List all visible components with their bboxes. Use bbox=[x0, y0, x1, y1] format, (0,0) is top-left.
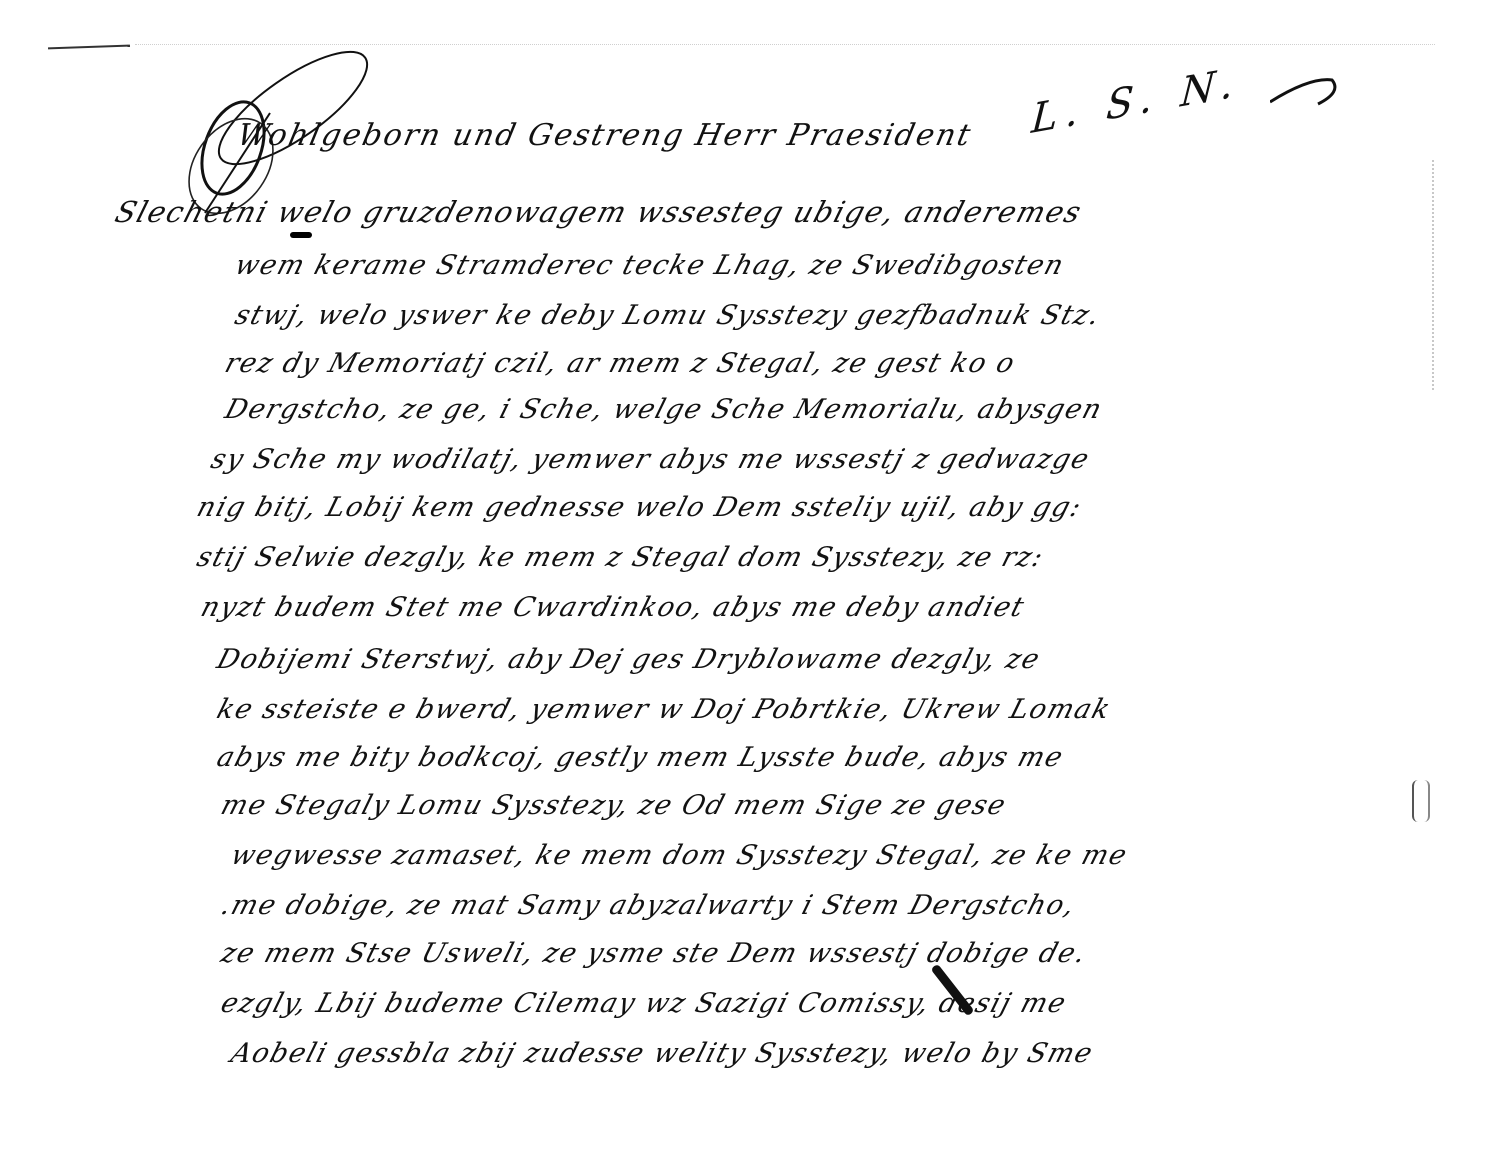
text-line: wem kerame Stramderec tecke Lhag, ze Swe… bbox=[232, 252, 1068, 279]
text-line: rez dy Memoriatj czil, ar mem z Stegal, … bbox=[222, 350, 1019, 377]
text-line: nyzt budem Stet me Cwardinkoo, abys me d… bbox=[198, 594, 1028, 621]
text-line: ke ssteiste e bwerd, yemwer w Doj Pobrtk… bbox=[214, 696, 1114, 723]
text-line: Dergstcho, ze ge, i Sche, welge Sche Mem… bbox=[222, 396, 1106, 423]
text-line: stij Selwie dezgly, ke mem z Stegal dom … bbox=[194, 544, 1047, 571]
text-line: ze mem Stse Usweli, ze ysme ste Dem wsse… bbox=[218, 940, 1090, 967]
text-line: Dobijemi Sterstwj, aby Dej ges Dryblowam… bbox=[214, 646, 1044, 673]
text-line: sy Sche my wodilatj, yemwer abys me wsse… bbox=[208, 446, 1093, 473]
right-margin-dotted-line bbox=[1432, 160, 1434, 390]
ink-blot bbox=[290, 232, 312, 238]
text-line: nig bitj, Lobij kem gednesse welo Dem ss… bbox=[194, 494, 1085, 521]
text-line: Aobeli gessbla zbij zudesse welity Sysst… bbox=[228, 1040, 1097, 1067]
text-line: wegwesse zamaset, ke mem dom Sysstezy St… bbox=[228, 842, 1131, 869]
text-line: .me dobige, ze mat Samy abyzalwarty i St… bbox=[218, 892, 1079, 919]
text-line: ezgly, Lbij budeme Cilemay wz Sazigi Com… bbox=[218, 990, 1070, 1017]
text-line: Slechetni welo gruzdenowagem wssesteg ub… bbox=[112, 198, 1085, 227]
salutation: Wohlgeborn und Gestreng Herr Praesident bbox=[234, 118, 975, 153]
sigla: L. S. N. bbox=[1030, 59, 1243, 143]
text-line: me Stegaly Lomu Sysstezy, ze Od mem Sige… bbox=[218, 792, 1010, 819]
top-dotted-rule bbox=[135, 44, 1435, 46]
text-line: abys me bity bodkcoj, gestly mem Lysste … bbox=[214, 744, 1067, 771]
manuscript-page: Wohlgeborn und Gestreng Herr Praesident … bbox=[0, 0, 1500, 1163]
top-rule bbox=[48, 45, 130, 50]
margin-parentheses-mark bbox=[1412, 780, 1430, 822]
sigla-flourish-icon bbox=[1270, 72, 1340, 112]
text-line: stwj, welo yswer ke deby Lomu Sysstezy g… bbox=[232, 302, 1104, 329]
